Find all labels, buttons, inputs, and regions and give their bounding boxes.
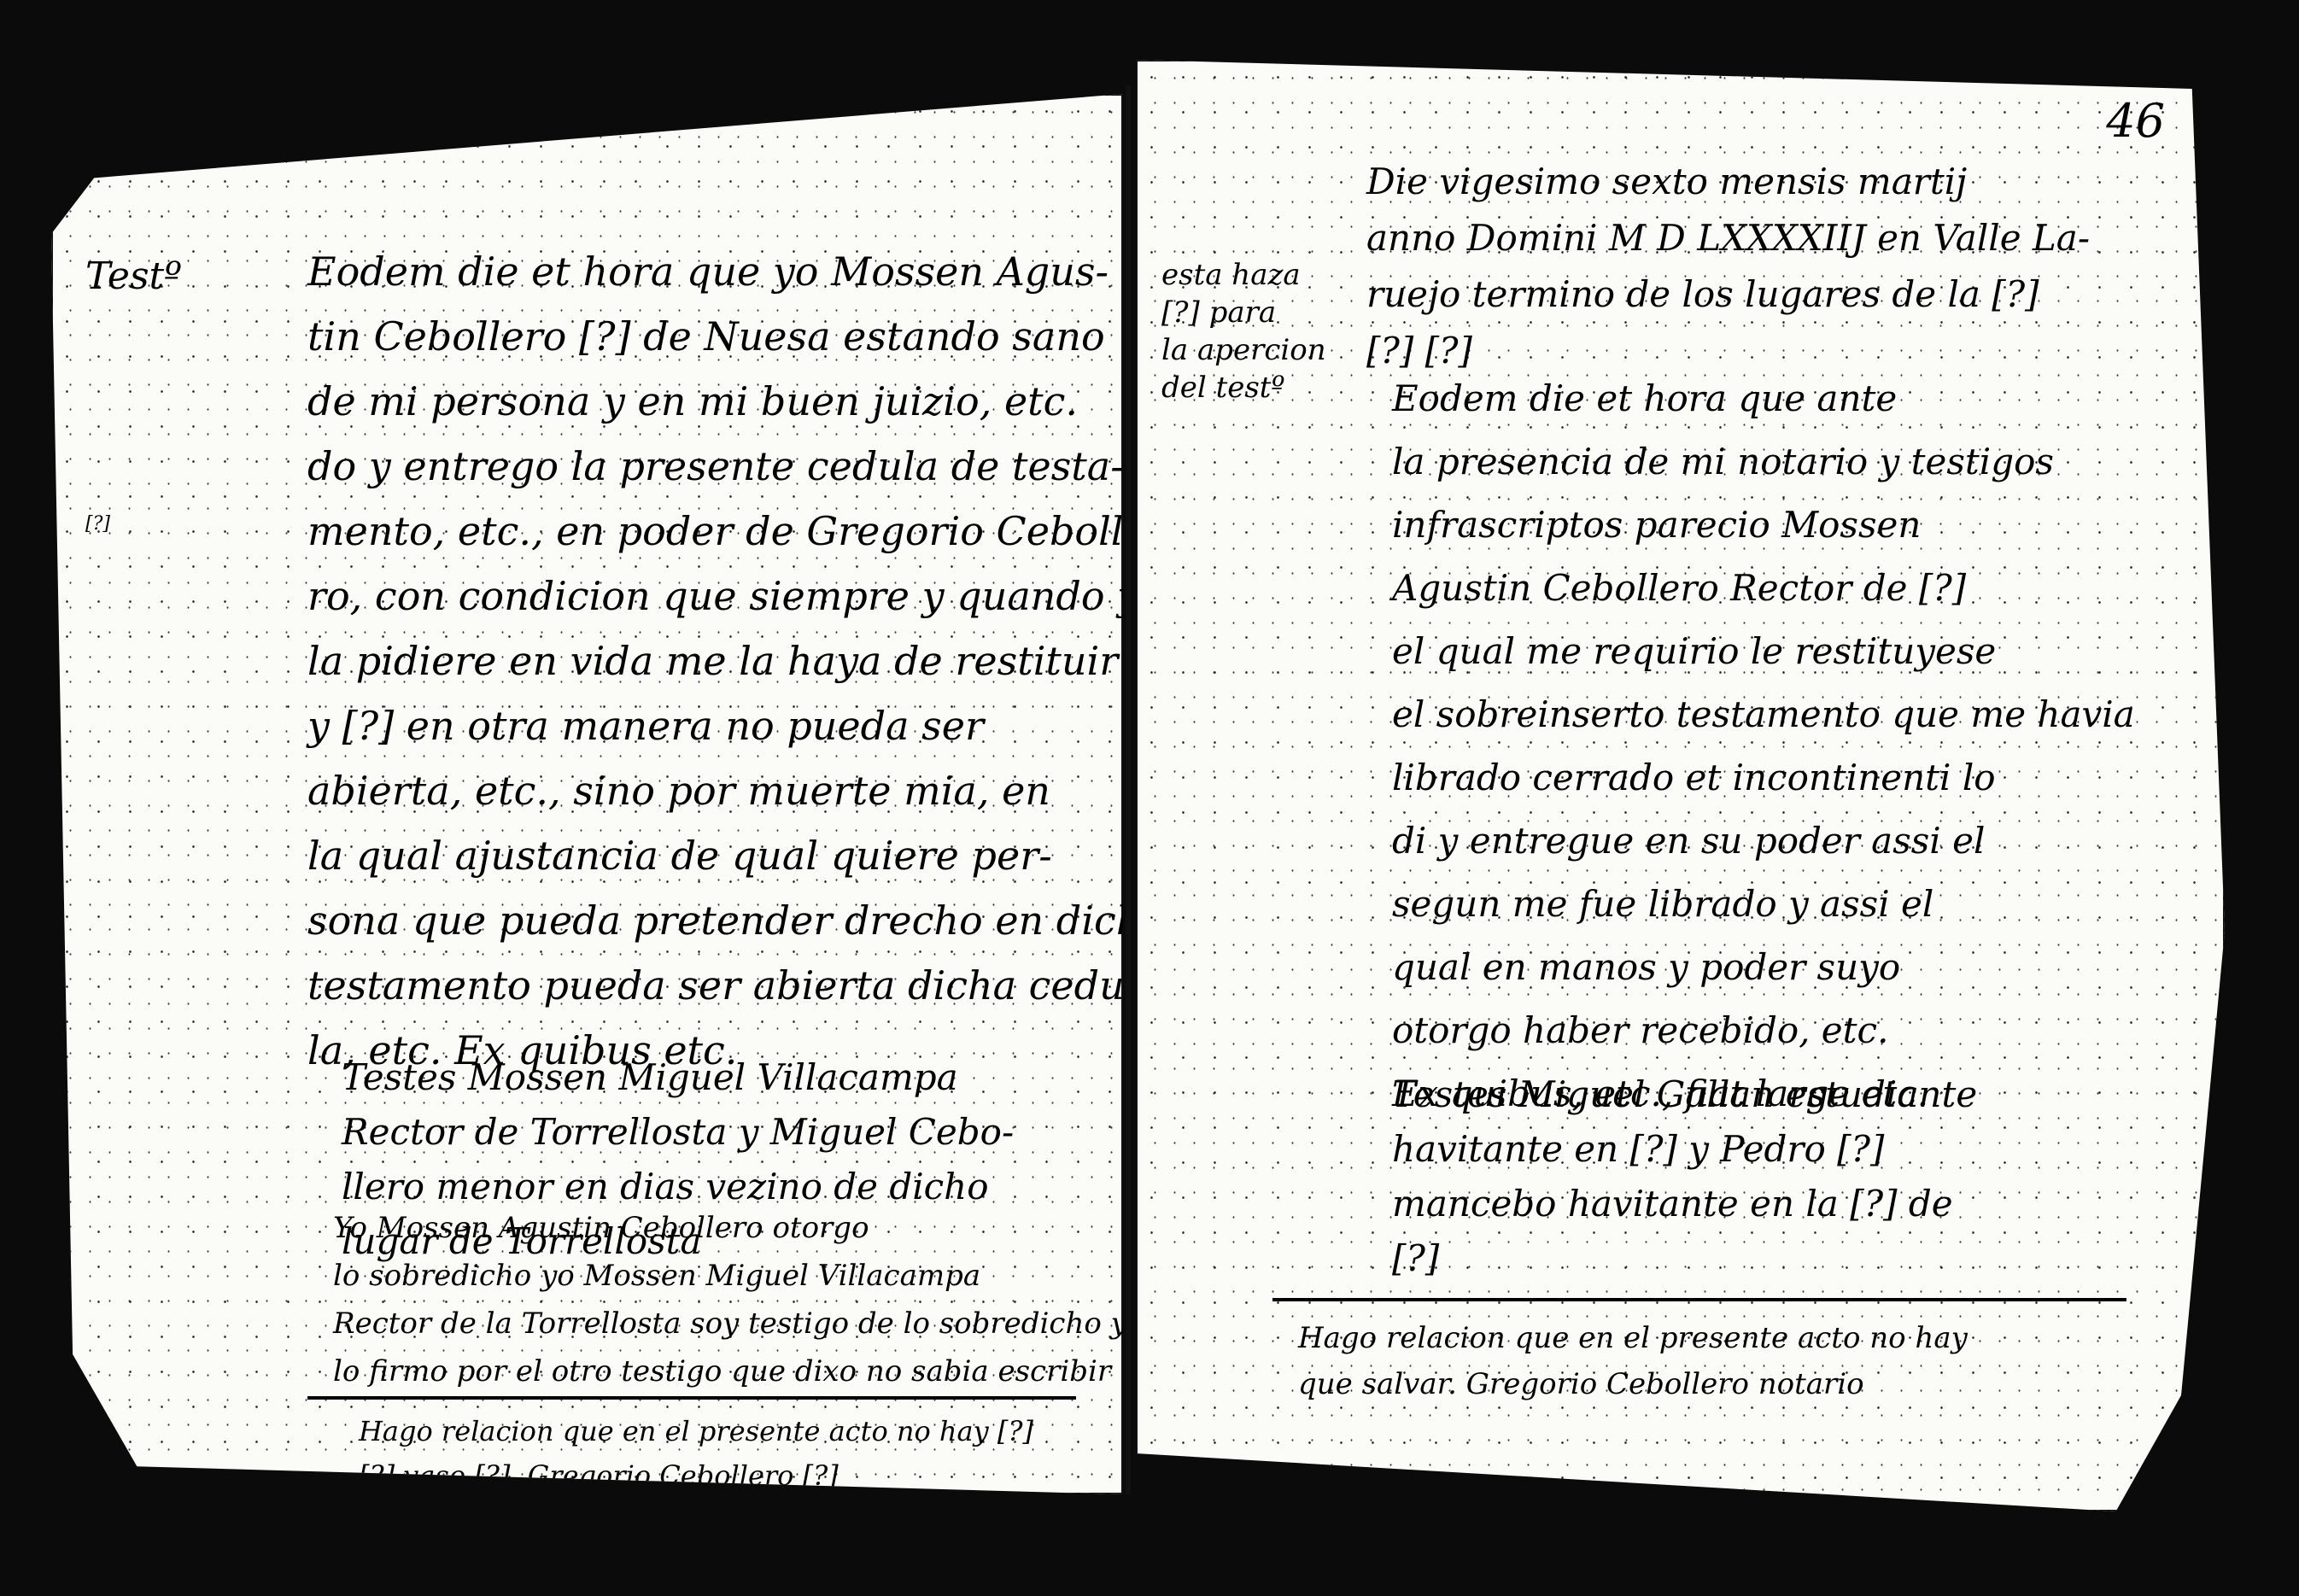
left-page: Testº [?] Eodem die et hora que yo Mosse… bbox=[51, 94, 1123, 1494]
text-line: Die vigesimo sexto mensis martij bbox=[1366, 154, 2090, 210]
text-line: ro, con condicion que siempre y quando y… bbox=[307, 564, 1165, 628]
text-line: la presencia de mi notario y testigos bbox=[1392, 430, 2135, 494]
text-line: Hago relacion que en el presente acto no… bbox=[359, 1409, 1033, 1453]
text-line: el sobreinserto testamento que me havia bbox=[1392, 683, 2135, 746]
text-line: mancebo havitante en la [?] de bbox=[1392, 1177, 1977, 1231]
text-line: Testes Miguel Gallan estudiante bbox=[1392, 1067, 1977, 1122]
text-line: Agustin Cebollero Rector de [?] bbox=[1392, 557, 2135, 620]
margin-line: del testº bbox=[1161, 369, 1326, 406]
text-line: anno Domini M D LXXXXIIJ en Valle La- bbox=[1366, 210, 2090, 266]
left-signatures: Yo Mossen Agustin Cebollero otorgo lo so… bbox=[333, 1204, 1127, 1395]
right-notary-relation: Hago relacion que en el presente acto no… bbox=[1298, 1315, 1968, 1407]
text-line: do y entrego la presente cedula de testa… bbox=[307, 434, 1165, 499]
text-line: Eodem die et hora que yo Mossen Agus- bbox=[307, 239, 1165, 304]
text-line: abierta, etc., sino por muerte mia, en bbox=[307, 758, 1165, 823]
text-line: Testes Mossen Miguel Villacampa bbox=[342, 1050, 1014, 1105]
text-line: sona que pueda pretender drecho en dicho bbox=[307, 888, 1165, 953]
margin-line: esta haza bbox=[1161, 256, 1326, 294]
left-margin-note: Testº bbox=[85, 256, 182, 297]
margin-line: la apercion bbox=[1161, 331, 1326, 369]
text-line: Eodem die et hora que ante bbox=[1392, 367, 2135, 430]
folio-number: 46 bbox=[2106, 94, 2165, 148]
text-line: qual en manos y poder suyo bbox=[1392, 936, 2135, 999]
signature-line: Rector de la Torrellosta soy testigo de … bbox=[333, 1300, 1127, 1348]
text-line: mento, etc., en poder de Gregorio Ceboll… bbox=[307, 499, 1165, 564]
signature-line: lo sobredicho yo Mossen Miguel Villacamp… bbox=[333, 1252, 1127, 1300]
text-line: el qual me requirio le restituyese bbox=[1392, 620, 2135, 683]
left-main-paragraph: Eodem die et hora que yo Mossen Agus- ti… bbox=[307, 239, 1165, 1083]
text-line: de mi persona y en mi buen juizio, etc. bbox=[307, 369, 1165, 434]
signature-line: lo firmo por el otro testigo que dixo no… bbox=[333, 1348, 1127, 1395]
text-line: que salvar. Gregorio Cebollero notario bbox=[1298, 1361, 1968, 1407]
text-line: librado cerrado et incontinenti lo bbox=[1392, 746, 2135, 810]
text-line: la qual ajustancia de qual quiere per- bbox=[307, 823, 1165, 888]
right-main-paragraph: Eodem die et hora que ante la presencia … bbox=[1392, 367, 2135, 1125]
signature-line: Yo Mossen Agustin Cebollero otorgo bbox=[333, 1204, 1127, 1252]
text-line: di y entregue en su poder assi el bbox=[1392, 810, 2135, 873]
text-line: tin Cebollero [?] de Nuesa estando sano bbox=[307, 304, 1165, 369]
text-line: havitante en [?] y Pedro [?] bbox=[1392, 1122, 1977, 1177]
right-page: 46 esta haza [?] para la apercion del te… bbox=[1136, 60, 2225, 1511]
text-line: Rector de Torrellosta y Miguel Cebo- bbox=[342, 1105, 1014, 1160]
text-line: segun me fue librado y assi el bbox=[1392, 873, 2135, 936]
text-line: Hago relacion que en el presente acto no… bbox=[1298, 1315, 1968, 1361]
text-line: y [?] en otra manera no pueda ser bbox=[307, 693, 1165, 758]
margin-line: [?] para bbox=[1161, 294, 1326, 331]
right-date-paragraph: Die vigesimo sexto mensis martij anno Do… bbox=[1366, 154, 2090, 379]
right-witnesses: Testes Miguel Gallan estudiante havitant… bbox=[1392, 1067, 1977, 1286]
right-margin-note: esta haza [?] para la apercion del testº bbox=[1161, 256, 1326, 406]
text-line: la pidiere en vida me la haya de restitu… bbox=[307, 628, 1165, 693]
horizontal-rule bbox=[307, 1396, 1076, 1400]
binding-gutter bbox=[1126, 85, 1131, 1494]
text-line: ruejo termino de los lugares de la [?] bbox=[1366, 266, 2090, 323]
text-line: testamento pueda ser abierta dicha cedu- bbox=[307, 953, 1165, 1018]
left-margin-note-lower: [?] bbox=[85, 504, 110, 545]
horizontal-rule bbox=[1272, 1298, 2126, 1301]
text-line: infrascriptos parecio Mossen bbox=[1392, 494, 2135, 557]
text-line: [?] bbox=[1392, 1231, 1977, 1286]
text-line: otorgo haber recebido, etc. bbox=[1392, 999, 2135, 1062]
